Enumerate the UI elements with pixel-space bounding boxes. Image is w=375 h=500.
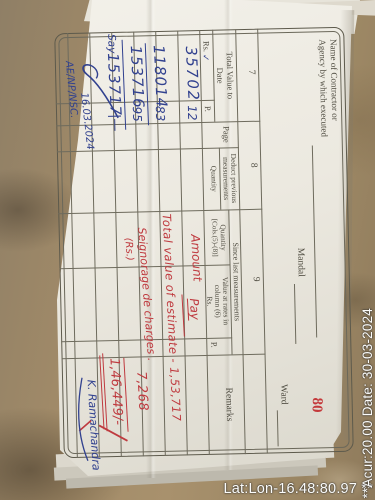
form-table: Name of Contractor or Agency by which ex… — [54, 27, 354, 458]
ink-flourishes — [54, 27, 354, 458]
photo-of-measurement-book-page: Name of Contractor or Agency by which ex… — [0, 0, 375, 500]
gps-watermark-accuracy-date: **Acur:20.00 Date: 30-03-2024 — [360, 308, 375, 498]
gps-watermark-latlon: Lat:Lon-16.48:80.97 ** — [223, 481, 373, 497]
rotated-document: Name of Contractor or Agency by which ex… — [0, 0, 375, 500]
